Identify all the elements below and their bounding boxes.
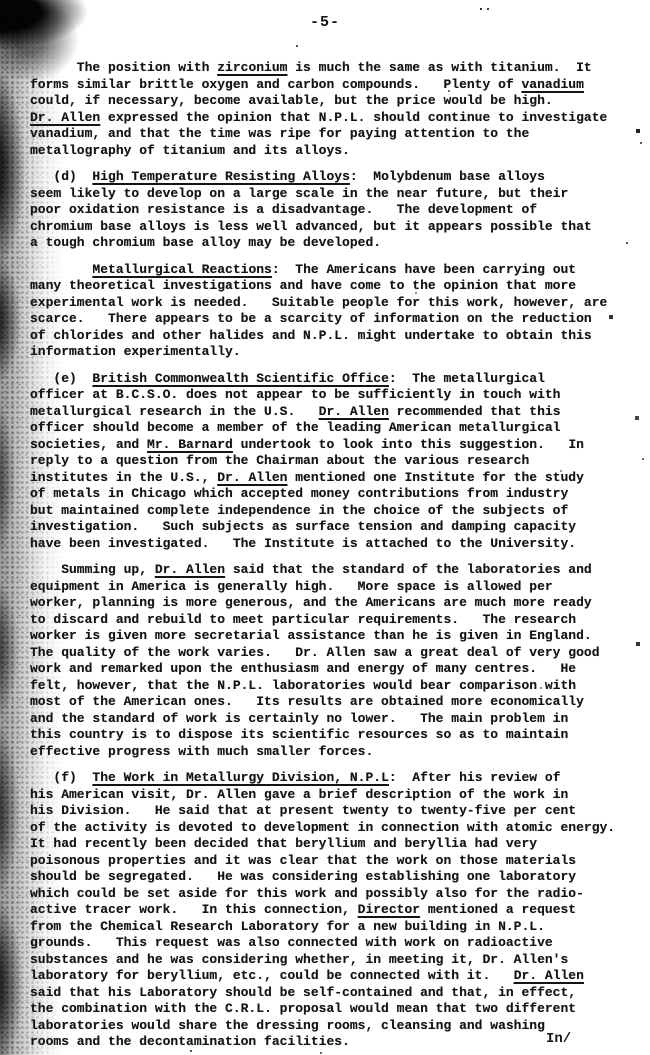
text-line: investigation. Such subjects as surface …: [30, 519, 642, 536]
text-line: said that his Laboratory should be self-…: [30, 985, 642, 1002]
underlined-text: zirconium: [217, 60, 287, 75]
text-run: most of the American ones. Its results a…: [30, 694, 584, 709]
text-run: effective progress with much smaller for…: [30, 744, 373, 759]
text-run: said that the standard of the laboratori…: [225, 562, 592, 577]
text-run: The position with: [30, 60, 217, 75]
paragraph: Summing up, Dr. Allen said that the stan…: [30, 562, 642, 760]
text-line: laboratory for beryllium, etc., could be…: [30, 968, 642, 985]
text-line: The position with zirconium is much the …: [30, 60, 642, 77]
text-run: laboratory for beryllium, etc., could be…: [30, 968, 514, 983]
text-line: poisonous properties and it was clear th…: [30, 853, 642, 870]
text-line: should be segregated. He was considering…: [30, 869, 642, 886]
text-line: officer should become a member of the le…: [30, 420, 642, 437]
text-line: a tough chromium base alloy may be devel…: [30, 235, 642, 252]
text-line: (f) The Work in Metallurgy Division, N.P…: [30, 770, 642, 787]
text-run: : After his review of: [389, 770, 561, 785]
page-number: -5-: [0, 14, 650, 31]
text-line: vanadium, and that the time was ripe for…: [30, 126, 642, 143]
text-run: [30, 262, 92, 277]
text-run: laboratories would share the dressing ro…: [30, 1018, 545, 1033]
text-run: reply to a question from the Chairman ab…: [30, 453, 529, 468]
scan-artifact-speckles: [0, 0, 2, 2]
text-run: (f): [30, 770, 92, 785]
underlined-text: Metallurgical Reactions: [92, 262, 271, 277]
text-run: chromium base alloys is less well advanc…: [30, 219, 592, 234]
text-run: rooms and the decontamination facilities…: [30, 1034, 350, 1049]
text-run: of the activity is devoted to developmen…: [30, 820, 615, 835]
paragraph: (e) British Commonwealth Scientific Offi…: [30, 371, 642, 553]
text-line: effective progress with much smaller for…: [30, 744, 642, 761]
text-line: of the activity is devoted to developmen…: [30, 820, 642, 837]
text-run: many theoretical investigations and have…: [30, 278, 576, 293]
underlined-text: The Work in Metallurgy Division, N.P.L: [92, 770, 388, 785]
text-line: felt, however, that the N.P.L. laborator…: [30, 678, 642, 695]
paragraph: (f) The Work in Metallurgy Division, N.P…: [30, 770, 642, 1051]
text-line: substances and he was considering whethe…: [30, 952, 642, 969]
text-line: the combination with the C.R.L. proposal…: [30, 1001, 642, 1018]
underlined-text: British Commonwealth Scientific Office: [92, 371, 388, 386]
text-line: societies, and Mr. Barnard undertook to …: [30, 437, 642, 454]
text-run: seem likely to develop on a large scale …: [30, 186, 568, 201]
text-line: and the standard of work is certainly no…: [30, 711, 642, 728]
text-run: his American visit, Dr. Allen gave a bri…: [30, 787, 568, 802]
text-run: recommended that this: [389, 404, 561, 419]
text-line: this country is to dispose its scientifi…: [30, 727, 642, 744]
text-line: metallography of titanium and its alloys…: [30, 143, 642, 160]
text-run: undertook to look into this suggestion. …: [233, 437, 584, 452]
text-run: vanadium, and that the time was ripe for…: [30, 126, 529, 141]
text-run: worker is given more secretarial assista…: [30, 628, 592, 643]
text-run: officer at B.C.S.O. does not appear to b…: [30, 387, 561, 402]
text-run: the combination with the C.R.L. proposal…: [30, 1001, 576, 1016]
text-run: of chlorides and other halides and N.P.L…: [30, 328, 592, 343]
text-run: The quality of the work varies. Dr. Alle…: [30, 645, 600, 660]
text-line: of metals in Chicago which accepted mone…: [30, 486, 642, 503]
text-run: investigation. Such subjects as surface …: [30, 519, 576, 534]
text-run: have been investigated. The Institute is…: [30, 536, 576, 551]
underlined-text: vanadium: [521, 77, 583, 92]
text-run: officer should become a member of the le…: [30, 420, 561, 435]
text-line: have been investigated. The Institute is…: [30, 536, 642, 553]
text-line: his American visit, Dr. Allen gave a bri…: [30, 787, 642, 804]
text-run: institutes in the U.S.,: [30, 470, 217, 485]
text-run: his Division. He said that at present tw…: [30, 803, 576, 818]
text-line: of chlorides and other halides and N.P.L…: [30, 328, 642, 345]
text-run: mentioned a request: [420, 902, 576, 917]
text-line: (d) High Temperature Resisting Alloys: M…: [30, 169, 642, 186]
text-line: to discard and rebuild to meet particula…: [30, 612, 642, 629]
paragraph: The position with zirconium is much the …: [30, 60, 642, 159]
text-line: experimental work is needed. Suitable pe…: [30, 295, 642, 312]
text-run: to discard and rebuild to meet particula…: [30, 612, 576, 627]
text-run: a tough chromium base alloy may be devel…: [30, 235, 381, 250]
text-line: information experimentally.: [30, 344, 642, 361]
text-line: could, if necessary, become available, b…: [30, 93, 642, 110]
text-line: equipment in America is generally high. …: [30, 579, 642, 596]
text-run: (d): [30, 169, 92, 184]
text-line: from the Chemical Research Laboratory fo…: [30, 919, 642, 936]
text-line: work and remarked upon the enthusiasm an…: [30, 661, 642, 678]
text-line: worker is given more secretarial assista…: [30, 628, 642, 645]
underlined-text: Dr. Allen: [155, 562, 225, 577]
text-run: substances and he was considering whethe…: [30, 952, 568, 967]
text-line: Summing up, Dr. Allen said that the stan…: [30, 562, 642, 579]
text-run: from the Chemical Research Laboratory fo…: [30, 919, 545, 934]
text-line: seem likely to develop on a large scale …: [30, 186, 642, 203]
text-run: : The Americans have been carrying out: [272, 262, 576, 277]
text-line: forms similar brittle oxygen and carbon …: [30, 77, 642, 94]
text-line: grounds. This request was also connected…: [30, 935, 642, 952]
text-run: forms similar brittle oxygen and carbon …: [30, 77, 521, 92]
paragraph: Metallurgical Reactions: The Americans h…: [30, 262, 642, 361]
text-run: scarce. There appears to be a scarcity o…: [30, 311, 592, 326]
underlined-text: Dr. Allen: [30, 110, 100, 125]
text-line: Dr. Allen expressed the opinion that N.P…: [30, 110, 642, 127]
text-line: metallurgical research in the U.S. Dr. A…: [30, 404, 642, 421]
text-run: mentioned one Institute for the study: [287, 470, 583, 485]
text-line: It had recently been decided that beryll…: [30, 836, 642, 853]
text-run: : The metallurgical: [389, 371, 545, 386]
text-run: grounds. This request was also connected…: [30, 935, 553, 950]
text-line: chromium base alloys is less well advanc…: [30, 219, 642, 236]
text-run: metallurgical research in the U.S.: [30, 404, 319, 419]
text-run: experimental work is needed. Suitable pe…: [30, 295, 607, 310]
text-run: and the standard of work is certainly no…: [30, 711, 568, 726]
text-run: worker, planning is more generous, and t…: [30, 595, 592, 610]
document-body: The position with zirconium is much the …: [30, 60, 642, 1055]
text-run: but maintained complete independence in …: [30, 503, 568, 518]
text-run: active tracer work. In this connection,: [30, 902, 358, 917]
text-line: scarce. There appears to be a scarcity o…: [30, 311, 642, 328]
text-line: many theoretical investigations and have…: [30, 278, 642, 295]
text-run: work and remarked upon the enthusiasm an…: [30, 661, 576, 676]
underlined-text: Mr. Barnard: [147, 437, 233, 452]
text-run: It had recently been decided that beryll…: [30, 836, 537, 851]
underlined-text: High Temperature Resisting Alloys: [92, 169, 349, 184]
text-line: active tracer work. In this connection, …: [30, 902, 642, 919]
text-line: institutes in the U.S., Dr. Allen mentio…: [30, 470, 642, 487]
text-run: should be segregated. He was considering…: [30, 869, 576, 884]
text-run: : Molybdenum base alloys: [350, 169, 545, 184]
text-run: expressed the opinion that N.P.L. should…: [100, 110, 607, 125]
text-run: is much the same as with titanium. It: [287, 60, 591, 75]
text-run: this country is to dispose its scientifi…: [30, 727, 568, 742]
text-run: Summing up,: [30, 562, 155, 577]
text-line: poor oxidation resistance is a disadvant…: [30, 202, 642, 219]
underlined-text: Director: [358, 902, 420, 917]
text-line: his Division. He said that at present tw…: [30, 803, 642, 820]
text-run: equipment in America is generally high. …: [30, 579, 553, 594]
text-line: Metallurgical Reactions: The Americans h…: [30, 262, 642, 279]
scanned-page: -5- The position with zirconium is much …: [0, 0, 650, 1055]
text-line: reply to a question from the Chairman ab…: [30, 453, 642, 470]
text-run: felt, however, that the N.P.L. laborator…: [30, 678, 576, 693]
text-line: most of the American ones. Its results a…: [30, 694, 642, 711]
text-run: which could be set aside for this work a…: [30, 886, 584, 901]
paragraph: (d) High Temperature Resisting Alloys: M…: [30, 169, 642, 252]
underlined-text: Dr. Allen: [319, 404, 389, 419]
text-run: societies, and: [30, 437, 147, 452]
text-line: officer at B.C.S.O. does not appear to b…: [30, 387, 642, 404]
text-line: but maintained complete independence in …: [30, 503, 642, 520]
text-run: of metals in Chicago which accepted mone…: [30, 486, 568, 501]
text-run: said that his Laboratory should be self-…: [30, 985, 576, 1000]
text-run: poisonous properties and it was clear th…: [30, 853, 576, 868]
underlined-text: Dr. Allen: [217, 470, 287, 485]
text-run: metallography of titanium and its alloys…: [30, 143, 350, 158]
continuation-mark: In/: [546, 1031, 571, 1047]
text-line: The quality of the work varies. Dr. Alle…: [30, 645, 642, 662]
text-run: (e): [30, 371, 92, 386]
underlined-text: Dr. Allen: [514, 968, 584, 983]
text-line: (e) British Commonwealth Scientific Offi…: [30, 371, 642, 388]
text-line: which could be set aside for this work a…: [30, 886, 642, 903]
text-run: could, if necessary, become available, b…: [30, 93, 553, 108]
text-run: information experimentally.: [30, 344, 241, 359]
text-line: worker, planning is more generous, and t…: [30, 595, 642, 612]
text-run: poor oxidation resistance is a disadvant…: [30, 202, 537, 217]
